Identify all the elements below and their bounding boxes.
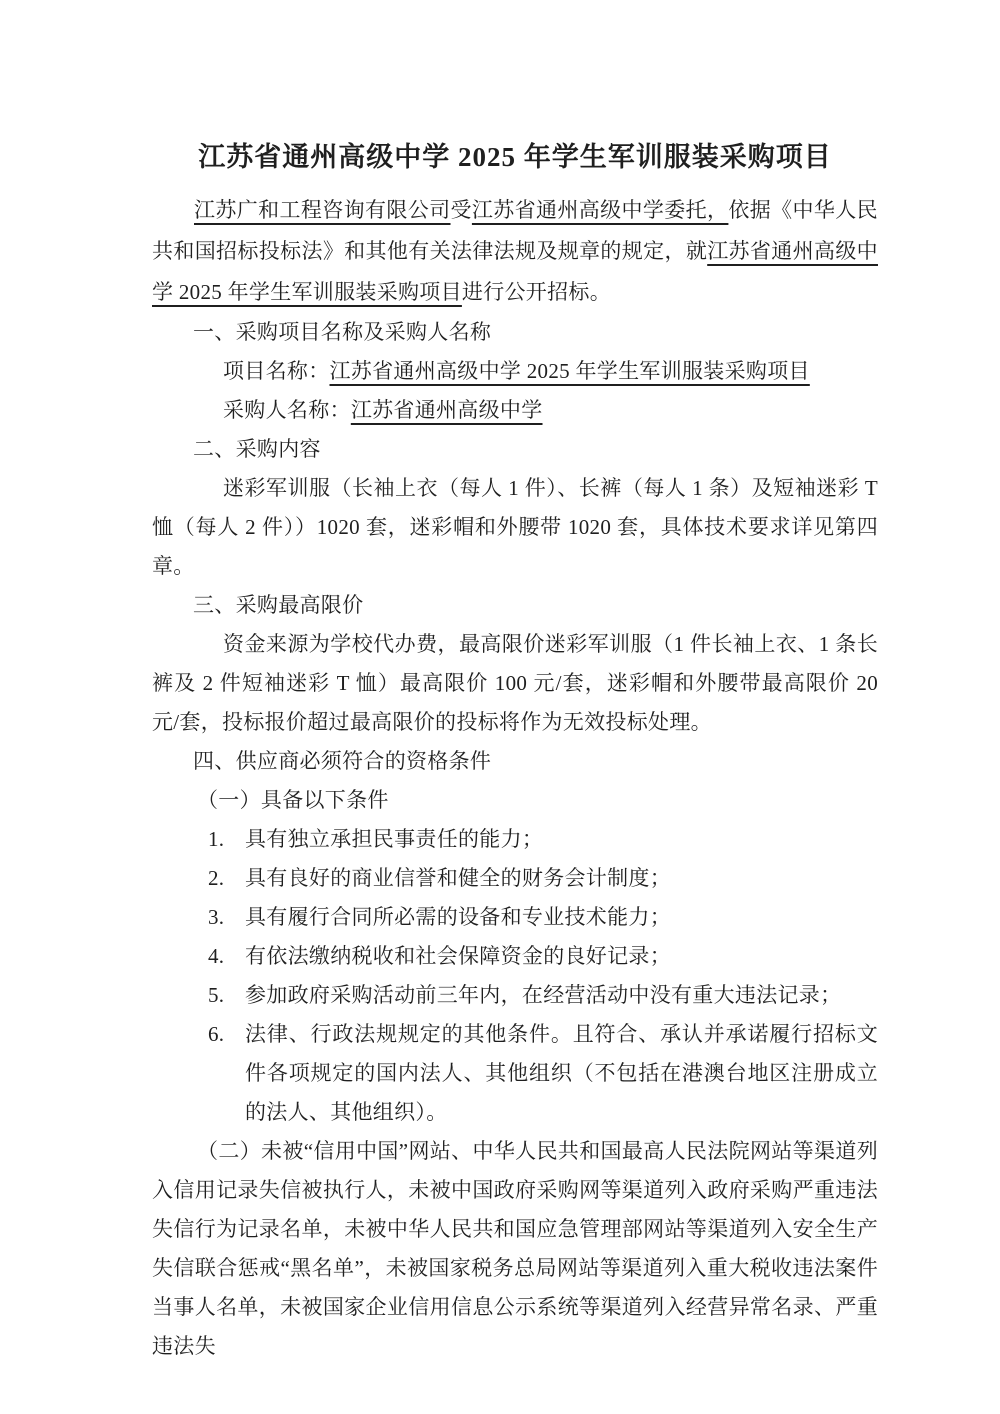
list-item-5-text: 参加政府采购活动前三年内，在经营活动中没有重大违法记录； bbox=[245, 976, 878, 1015]
list-item-1-number: 1. bbox=[208, 820, 245, 859]
intro-paragraph: 江苏广和工程咨询有限公司受江苏省通州高级中学委托，依据《中华人民共和国招标投标法… bbox=[152, 190, 878, 313]
list-item-4-number: 4. bbox=[208, 937, 245, 976]
field-project-name: 项目名称：江苏省通州高级中学 2025 年学生军训服装采购项目 bbox=[152, 352, 878, 391]
list-item-3: 3. 具有履行合同所必需的设备和专业技术能力； bbox=[152, 898, 878, 937]
section-heading-project-names: 一、采购项目名称及采购人名称 bbox=[152, 313, 878, 352]
list-item-5-number: 5. bbox=[208, 976, 245, 1015]
list-item-6: 6. 法律、行政法规规定的其他条件。且符合、承认并承诺履行招标文件各项规定的国内… bbox=[152, 1015, 878, 1132]
field-project-name-label: 项目名称： bbox=[223, 359, 330, 383]
list-item-5: 5. 参加政府采购活动前三年内，在经营活动中没有重大违法记录； bbox=[152, 976, 878, 1015]
list-item-3-text: 具有履行合同所必需的设备和专业技术能力； bbox=[245, 898, 878, 937]
section-heading-procurement-content: 二、采购内容 bbox=[152, 430, 878, 469]
list-item-2-number: 2. bbox=[208, 859, 245, 898]
intro-segment-tender-action: 进行公开招标。 bbox=[462, 280, 611, 304]
list-item-4-text: 有依法缴纳税收和社会保障资金的良好记录； bbox=[245, 937, 878, 976]
list-item-1-text: 具有独立承担民事责任的能力； bbox=[245, 820, 878, 859]
field-purchaser-name-value: 江苏省通州高级中学 bbox=[351, 398, 543, 422]
intro-segment-entrusted-by: 受 bbox=[451, 198, 472, 222]
paragraph-price-limit: 资金来源为学校代办费，最高限价迷彩军训服（1 件长袖上衣、1 条长裤及 2 件短… bbox=[152, 625, 878, 742]
list-item-1: 1. 具有独立承担民事责任的能力； bbox=[152, 820, 878, 859]
document-title: 江苏省通州高级中学 2025 年学生军训服装采购项目 bbox=[152, 138, 878, 176]
intro-segment-agency: 江苏广和工程咨询有限公司 bbox=[194, 198, 451, 222]
intro-segment-purchaser: 江苏省通州高级中学委托， bbox=[472, 198, 729, 222]
list-item-2-text: 具有良好的商业信誉和健全的财务会计制度； bbox=[245, 859, 878, 898]
field-project-name-value: 江苏省通州高级中学 2025 年学生军训服装采购项目 bbox=[330, 359, 810, 383]
list-item-2: 2. 具有良好的商业信誉和健全的财务会计制度； bbox=[152, 859, 878, 898]
list-item-3-number: 3. bbox=[208, 898, 245, 937]
field-purchaser-name: 采购人名称：江苏省通州高级中学 bbox=[152, 391, 878, 430]
paragraph-credit-blacklist: （二）未被“信用中国”网站、中华人民共和国最高人民法院网站等渠道列入信用记录失信… bbox=[152, 1132, 878, 1366]
list-item-4: 4. 有依法缴纳税收和社会保障资金的良好记录； bbox=[152, 937, 878, 976]
paragraph-procurement-content: 迷彩军训服（长袖上衣（每人 1 件）、长裤（每人 1 条）及短袖迷彩 T 恤（每… bbox=[152, 469, 878, 586]
list-item-6-text: 法律、行政法规规定的其他条件。且符合、承认并承诺履行招标文件各项规定的国内法人、… bbox=[245, 1015, 878, 1132]
section-heading-supplier-qualifications: 四、供应商必须符合的资格条件 bbox=[152, 742, 878, 781]
document-page: 江苏省通州高级中学 2025 年学生军训服装采购项目 江苏广和工程咨询有限公司受… bbox=[0, 0, 1000, 1414]
subsection-heading-conditions: （一）具备以下条件 bbox=[152, 781, 878, 820]
field-purchaser-name-label: 采购人名称： bbox=[223, 398, 351, 422]
section-heading-price-limit: 三、采购最高限价 bbox=[152, 586, 878, 625]
list-item-6-number: 6. bbox=[208, 1015, 245, 1132]
